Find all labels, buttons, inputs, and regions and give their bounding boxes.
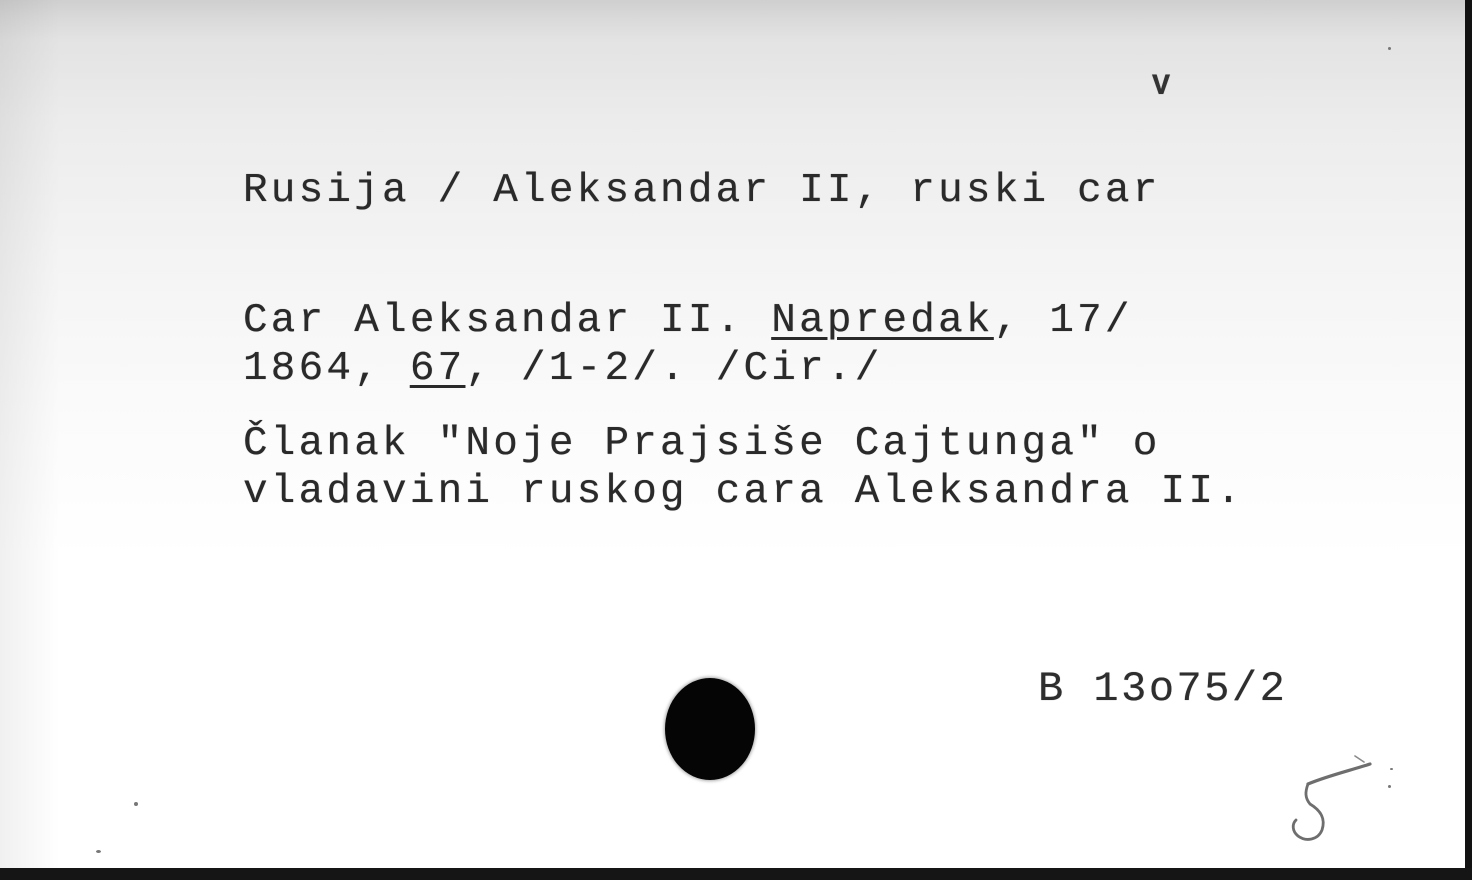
- annotation-line-2: vladavini ruskog cara Aleksandra II.: [243, 469, 1244, 515]
- paper-speck: [134, 802, 138, 806]
- issue-date-part: , 17/: [994, 298, 1133, 344]
- entry-line-2: 1864, 67, /1-2/. /Cir./: [243, 346, 883, 392]
- entry-title: Car Aleksandar II.: [243, 298, 771, 344]
- subject-heading: Rusija / Aleksandar II, ruski car: [243, 168, 1161, 214]
- call-number: B 13o75/2: [1038, 665, 1287, 713]
- card-edge-bottom: [0, 868, 1472, 880]
- punch-hole-icon: [665, 678, 755, 780]
- page-range: , /1-2/.: [465, 346, 715, 392]
- issue-number: 67: [410, 346, 466, 392]
- annotation-line-1: Članak "Noje Prajsiše Cajtunga" o: [243, 421, 1161, 467]
- catalog-card: V Rusija / Aleksandar II, ruski car Car …: [0, 0, 1465, 868]
- issue-year: 1864,: [243, 346, 410, 392]
- paper-speck: [1390, 768, 1393, 770]
- paper-speck: [96, 850, 101, 853]
- script-note: /Cir./: [716, 346, 883, 392]
- source-title: Napredak: [771, 298, 993, 344]
- entry-line-1: Car Aleksandar II. Napredak, 17/: [243, 298, 1133, 344]
- paper-speck: [1388, 785, 1391, 788]
- handwritten-number-icon: 5: [1272, 752, 1382, 852]
- paper-speck: [1388, 47, 1391, 50]
- card-edge-right: [1465, 0, 1472, 880]
- heading-letter: V: [1152, 70, 1170, 104]
